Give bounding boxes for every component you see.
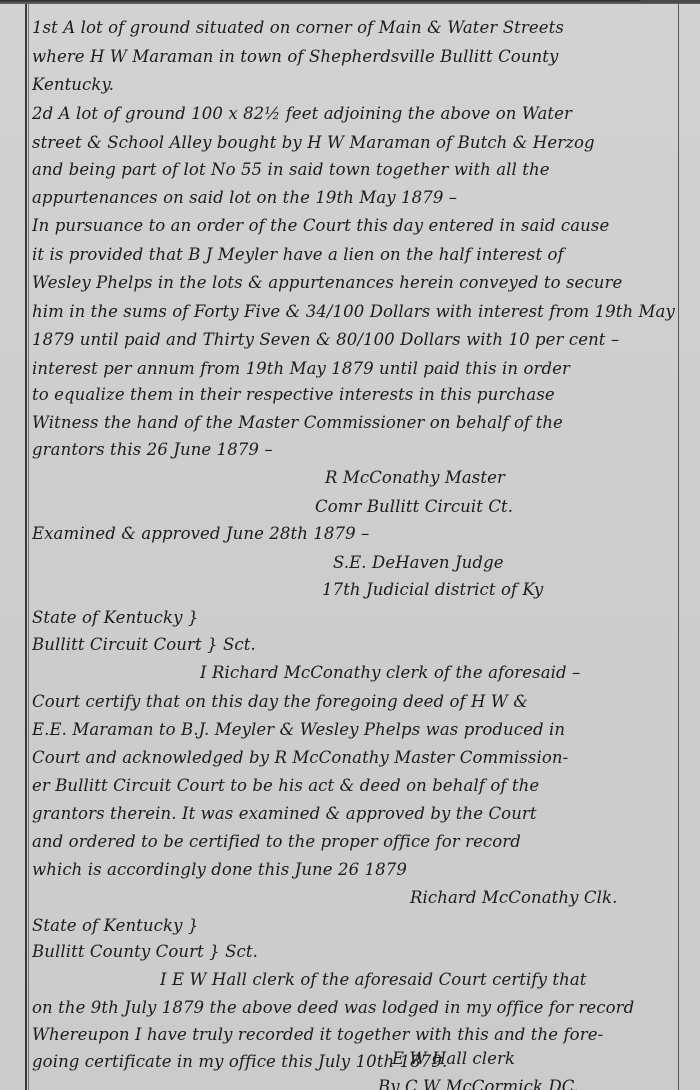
left-margin-rule [25, 4, 27, 1090]
text-line: Witness the hand of the Master Commissio… [32, 413, 563, 432]
text-line: it is provided that B J Meyler have a li… [32, 245, 564, 264]
text-line: Wesley Phelps in the lots & appurtenance… [32, 273, 622, 292]
page-corner-curl [640, 0, 700, 17]
text-line: interest per annum from 19th May 1879 un… [32, 359, 570, 378]
page-top-border [0, 0, 700, 4]
text-line: which is accordingly done this June 26 1… [32, 860, 407, 879]
text-line: Comr Bullitt Circuit Ct. [315, 497, 513, 516]
right-margin-rule [678, 4, 679, 1090]
signature-line: E W Hall clerk [392, 1049, 515, 1068]
text-line: Richard McConathy Clk. [410, 888, 617, 907]
text-line: him in the sums of Forty Five & 34/100 D… [32, 302, 675, 321]
text-line: Kentucky. [32, 75, 114, 94]
text-line: 1879 until paid and Thirty Seven & 80/10… [32, 330, 619, 349]
text-line: State of Kentucky } [32, 916, 198, 935]
text-line: going certificate in my office this July… [32, 1052, 447, 1071]
text-line: er Bullitt Circuit Court to be his act &… [32, 776, 539, 795]
left-margin-rule-inner [28, 4, 29, 1090]
text-line: on the 9th July 1879 the above deed was … [32, 998, 634, 1017]
text-line: E.E. Maraman to B.J. Meyler & Wesley Phe… [32, 720, 565, 739]
text-line: I Richard McConathy clerk of the aforesa… [200, 663, 580, 682]
text-line: to equalize them in their respective int… [32, 385, 555, 404]
text-line: Bullitt County Court } Sct. [32, 942, 258, 961]
text-line: Bullitt Circuit Court } Sct. [32, 635, 256, 654]
text-line: and being part of lot No 55 in said town… [32, 160, 550, 179]
text-line: 2d A lot of ground 100 x 82½ feet adjoin… [32, 104, 572, 123]
text-line: appurtenances on said lot on the 19th Ma… [32, 188, 457, 207]
text-line: grantors therein. It was examined & appr… [32, 804, 537, 823]
text-line: 17th Judicial district of Ky [322, 580, 543, 599]
text-line: Court and acknowledged by R McConathy Ma… [32, 748, 568, 767]
text-line: grantors this 26 June 1879 – [32, 440, 273, 459]
signature-line: By C W McCormick DC. [378, 1077, 579, 1090]
text-line: where H W Maraman in town of Shepherdsvi… [32, 47, 558, 66]
text-line: In pursuance to an order of the Court th… [32, 216, 609, 235]
text-line: Whereupon I have truly recorded it toget… [32, 1025, 603, 1044]
text-line: and ordered to be certified to the prope… [32, 832, 521, 851]
text-line: R McConathy Master [325, 468, 505, 487]
text-line: 1st A lot of ground situated on corner o… [32, 18, 564, 37]
text-line: I E W Hall clerk of the aforesaid Court … [160, 970, 587, 989]
text-line: Court certify that on this day the foreg… [32, 692, 528, 711]
ledger-page: 1st A lot of ground situated on corner o… [0, 0, 700, 1090]
text-line: street & School Alley bought by H W Mara… [32, 133, 595, 152]
text-line: State of Kentucky } [32, 608, 198, 627]
text-line: Examined & approved June 28th 1879 – [32, 524, 369, 543]
text-line: S.E. DeHaven Judge [333, 553, 504, 572]
